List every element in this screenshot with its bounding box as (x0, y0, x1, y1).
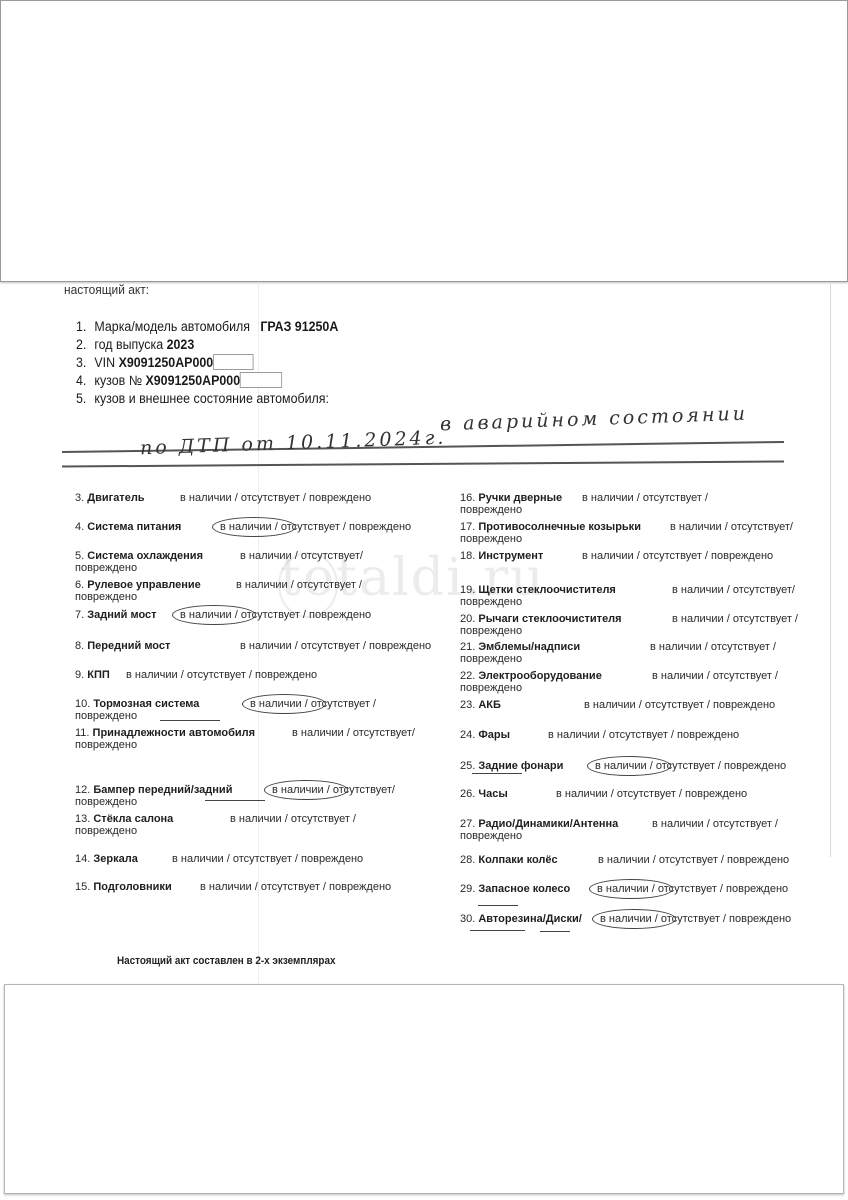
item-status-wrap: повреждено (75, 796, 137, 809)
item-status-wrap: повреждено (460, 682, 522, 695)
checklist-item: 4. Система питания (75, 521, 181, 534)
item-number: 11. (75, 727, 89, 739)
vehicle-model-row: 1.Марка/модель автомобиля ГРАЗ 91250А (76, 318, 338, 336)
handwritten-condition-line-2: по ДТП от 10.11.2024г. (140, 427, 447, 460)
item-name: Подголовники (93, 881, 171, 893)
item-name: Принадлежности автомобиля (93, 727, 256, 739)
item-name: Запасное колесо (478, 883, 570, 895)
row-number: 5. (76, 390, 94, 408)
checklist-item: 15. Подголовники (75, 881, 172, 894)
vehicle-body-row: 4.кузов № X9091250AP000 (76, 372, 338, 390)
item-name: Противосолнечные козырьки (478, 521, 641, 533)
item-number: 13. (75, 813, 90, 825)
handwritten-underline-mark (472, 773, 522, 774)
item-status-wrap: повреждено (75, 825, 137, 838)
item-number: 15. (75, 881, 90, 893)
item-name: Задние фонари (478, 760, 563, 772)
item-number: 28. (460, 854, 475, 866)
item-status-options: в наличии / отсутствует / повреждено (240, 640, 431, 653)
page-edge-line (830, 282, 831, 857)
checklist-item: 25. Задние фонари (460, 760, 563, 773)
item-number: 6. (75, 579, 84, 591)
redacted-footer-block (4, 984, 844, 1194)
vehicle-year-row: 2.год выпуска 2023 (76, 336, 338, 354)
item-name: Передний мост (87, 640, 170, 652)
checklist-item: 8. Передний мост (75, 640, 170, 653)
item-number: 10. (75, 698, 90, 710)
footer-note: Настоящий акт составлен в 2-х экземпляра… (117, 955, 335, 967)
row-number: 2. (76, 336, 94, 354)
item-status-options: в наличии / отсутствует / повреждено (598, 854, 789, 867)
item-name: Бампер передний/задний (93, 784, 232, 796)
handwritten-condition-line-1: в аварийном состоянии (440, 403, 749, 436)
vehicle-condition-row: 5.кузов и внешнее состояние автомобиля: (76, 390, 338, 408)
item-status-options: в наличии / отсутствует / (236, 579, 362, 592)
handwritten-underline-mark (160, 720, 220, 721)
row-label: год выпуска (94, 337, 163, 352)
handwritten-circle-mark (587, 756, 671, 776)
item-status-options: в наличии / отсутствует / (652, 670, 778, 683)
item-number: 25. (460, 760, 475, 772)
row-label: кузов и внешнее состояние автомобиля: (94, 391, 329, 406)
item-name: АКБ (478, 699, 501, 711)
checklist-item: 29. Запасное колесо (460, 883, 570, 896)
vehicle-model-value: ГРАЗ 91250А (260, 319, 338, 334)
handwritten-circle-mark (264, 780, 348, 800)
item-name: Радио/Динамики/Антенна (478, 818, 618, 830)
item-number: 19. (460, 584, 475, 596)
item-status-options: в наличии / отсутствует/ (670, 521, 793, 534)
checklist-item: 7. Задний мост (75, 609, 157, 622)
item-number: 12. (75, 784, 90, 796)
item-number: 26. (460, 788, 475, 800)
item-name: Фары (478, 729, 510, 741)
row-number: 3. (76, 354, 94, 372)
row-label: кузов № (94, 373, 142, 388)
item-status-options: в наличии / отсутствует / повреждено (582, 550, 773, 563)
item-number: 21. (460, 641, 475, 653)
item-status-options: в наличии / отсутствует / повреждено (556, 788, 747, 801)
item-status-options: в наличии / отсутствует/ (672, 584, 795, 597)
item-name: Авторезина/Диски/ (478, 913, 581, 925)
handwritten-circle-mark (172, 605, 256, 625)
redacted-vin-suffix (213, 354, 253, 370)
item-number: 27. (460, 818, 475, 830)
row-label: Марка/модель автомобиля (94, 319, 250, 334)
item-status-options: в наличии / отсутствует / повреждено (172, 853, 363, 866)
item-status-wrap: повреждено (460, 533, 522, 546)
item-name: Система охлаждения (87, 550, 203, 562)
vin-value: X9091250AP000 (119, 355, 214, 370)
item-name: Эмблемы/надписи (478, 641, 580, 653)
handwritten-underline-mark (470, 930, 525, 931)
item-number: 16. (460, 492, 475, 504)
item-status-wrap: повреждено (460, 625, 522, 638)
item-status-options: в наличии / отсутствует / повреждено (548, 729, 739, 742)
item-name: Щетки стеклоочистителя (478, 584, 616, 596)
handwritten-underline-mark (478, 905, 518, 906)
item-number: 5. (75, 550, 84, 562)
item-name: Система питания (87, 521, 181, 533)
item-status-options: в наличии / отсутствует / (672, 613, 798, 626)
vehicle-year-value: 2023 (167, 337, 195, 352)
intro-text: настоящий акт: (64, 282, 149, 297)
item-status-wrap: повреждено (75, 562, 137, 575)
handwritten-circle-mark (212, 517, 296, 537)
checklist-item: 26. Часы (460, 788, 508, 801)
item-status-wrap: повреждено (460, 596, 522, 609)
item-status-wrap: повреждено (460, 653, 522, 666)
item-name: Стёкла салона (93, 813, 173, 825)
item-status-options: в наличии / отсутствует / (582, 492, 708, 505)
item-name: Часы (478, 788, 507, 800)
item-status-options: в наличии / отсутствует / повреждено (126, 669, 317, 682)
item-number: 30. (460, 913, 475, 925)
item-status-wrap: повреждено (75, 591, 137, 604)
item-status-options: в наличии / отсутствует / (652, 818, 778, 831)
checklist-item: 28. Колпаки колёс (460, 854, 558, 867)
vehicle-info-list: 1.Марка/модель автомобиля ГРАЗ 91250А 2.… (76, 318, 361, 408)
item-number: 14. (75, 853, 90, 865)
checklist-item: 14. Зеркала (75, 853, 138, 866)
item-name: КПП (87, 669, 110, 681)
checklist-item: 24. Фары (460, 729, 510, 742)
item-name: Задний мост (87, 609, 156, 621)
item-name: Инструмент (478, 550, 543, 562)
item-name: Ручки дверные (478, 492, 562, 504)
item-number: 23. (460, 699, 475, 711)
item-number: 8. (75, 640, 84, 652)
item-status-options: в наличии / отсутствует/ (292, 727, 415, 740)
item-number: 29. (460, 883, 475, 895)
handwritten-underline-mark (540, 931, 570, 932)
item-status-wrap: повреждено (75, 710, 137, 723)
item-status-options: в наличии / отсутствует / повреждено (180, 492, 371, 505)
item-number: 4. (75, 521, 84, 533)
item-number: 20. (460, 613, 475, 625)
checklist-item: 9. КПП (75, 669, 110, 682)
item-name: Двигатель (87, 492, 144, 504)
checklist-item: 3. Двигатель (75, 492, 145, 505)
checklist-item: 23. АКБ (460, 699, 501, 712)
item-status-options: в наличии / отсутствует/ (240, 550, 363, 563)
item-number: 18. (460, 550, 475, 562)
item-number: 7. (75, 609, 84, 621)
handwritten-circle-mark (242, 694, 326, 714)
item-name: Рулевое управление (87, 579, 200, 591)
redacted-body-suffix (240, 372, 282, 388)
item-number: 3. (75, 492, 84, 504)
item-number: 22. (460, 670, 475, 682)
handwriting-rule-line (62, 460, 784, 467)
item-name: Тормозная система (93, 698, 199, 710)
item-status-wrap: повреждено (460, 830, 522, 843)
body-number-value: X9091250AP000 (145, 373, 240, 388)
handwritten-circle-mark (589, 879, 673, 899)
item-status-options: в наличии / отсутствует / (650, 641, 776, 654)
item-number: 9. (75, 669, 84, 681)
item-name: Колпаки колёс (478, 854, 557, 866)
vehicle-vin-row: 3.VIN X9091250AP000 (76, 354, 338, 372)
item-name: Зеркала (93, 853, 137, 865)
item-number: 17. (460, 521, 475, 533)
redacted-header-block (0, 0, 848, 282)
handwritten-circle-mark (592, 909, 676, 929)
checklist-item: 30. Авторезина/Диски/ (460, 913, 582, 926)
item-status-options: в наличии / отсутствует / (230, 813, 356, 826)
item-name: Рычаги стеклоочистителя (478, 613, 621, 625)
item-status-options: в наличии / отсутствует / повреждено (584, 699, 775, 712)
row-number: 1. (76, 318, 94, 336)
item-name: Электрооборудование (478, 670, 601, 682)
row-number: 4. (76, 372, 94, 390)
item-number: 24. (460, 729, 475, 741)
item-status-options: в наличии / отсутствует / повреждено (200, 881, 391, 894)
checklist-item: 18. Инструмент (460, 550, 543, 563)
item-status-wrap: повреждено (75, 739, 137, 752)
row-label: VIN (94, 355, 115, 370)
item-status-wrap: повреждено (460, 504, 522, 517)
handwritten-underline-mark (205, 800, 265, 801)
